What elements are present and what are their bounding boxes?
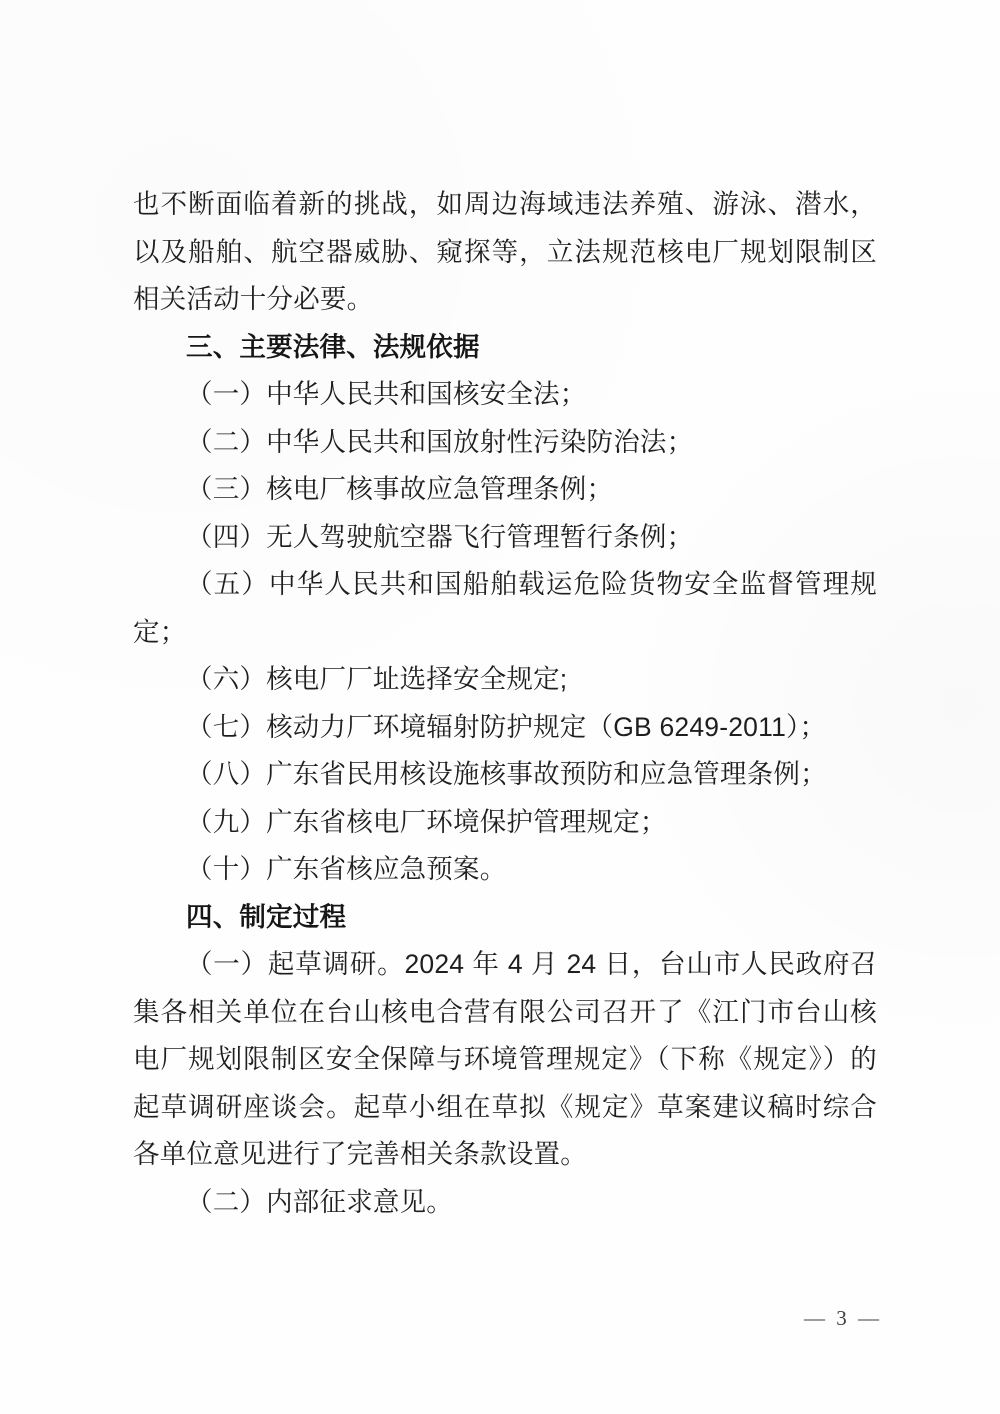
page-number: — 3 — bbox=[804, 1306, 882, 1330]
page-footer: — 3 — bbox=[760, 1303, 926, 1333]
legal-basis-item-2: （二）中华人民共和国放射性污染防治法； bbox=[133, 419, 877, 467]
legal-basis-item-1: （一）中华人民共和国核安全法； bbox=[133, 371, 877, 419]
legal-basis-item-10: （十）广东省核应急预案。 bbox=[133, 846, 877, 894]
paragraph-continuation: 也不断面临着新的挑战，如周边海域违法养殖、游泳、潜水，以及船舶、航空器威胁、窥探… bbox=[133, 181, 877, 324]
legal-basis-item-5: （五）中华人民共和国船舶载运危险货物安全监督管理规定； bbox=[133, 561, 877, 656]
process-paragraph-drafting-research: （一）起草调研。2024 年 4 月 24 日，台山市人民政府召集各相关单位在台… bbox=[133, 941, 877, 1179]
legal-basis-item-3: （三）核电厂核事故应急管理条例； bbox=[133, 466, 877, 514]
legal-basis-item-7: （七）核动力厂环境辐射防护规定（GB 6249-2011）； bbox=[133, 704, 877, 752]
legal-basis-item-8: （八）广东省民用核设施核事故预防和应急管理条例； bbox=[133, 751, 877, 799]
document-page: 也不断面临着新的挑战，如周边海域违法养殖、游泳、潜水，以及船舶、航空器威胁、窥探… bbox=[0, 0, 1000, 1414]
legal-basis-item-4: （四）无人驾驶航空器飞行管理暂行条例； bbox=[133, 514, 877, 562]
process-paragraph-internal-comments: （二）内部征求意见。 bbox=[133, 1179, 877, 1227]
legal-basis-item-9: （九）广东省核电厂环境保护管理规定； bbox=[133, 799, 877, 847]
document-body: 也不断面临着新的挑战，如周边海域违法养殖、游泳、潜水，以及船舶、航空器威胁、窥探… bbox=[133, 181, 877, 1226]
section-heading-drafting-process: 四、制定过程 bbox=[133, 894, 877, 942]
section-heading-legal-basis: 三、主要法律、法规依据 bbox=[133, 324, 877, 372]
legal-basis-item-6: （六）核电厂厂址选择安全规定; bbox=[133, 656, 877, 704]
